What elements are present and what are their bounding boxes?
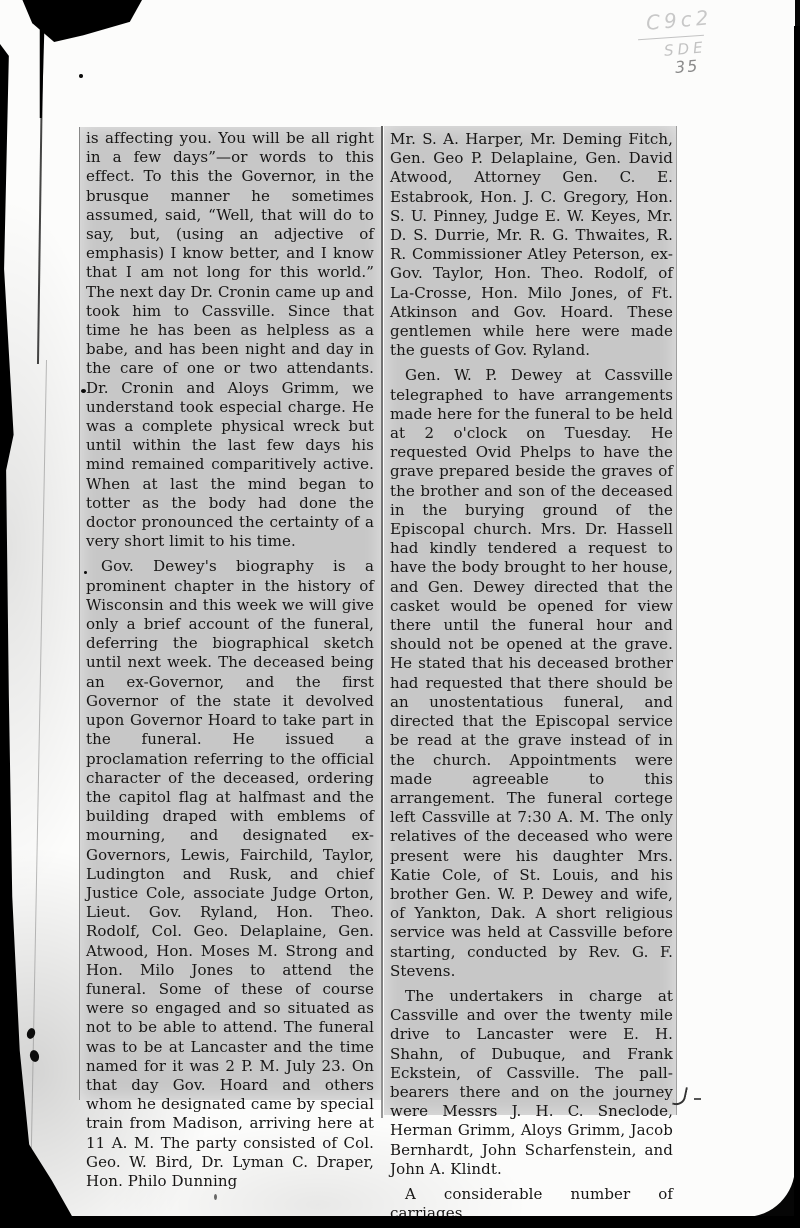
scan-edge-right bbox=[794, 26, 800, 1228]
ink-speck bbox=[214, 1194, 217, 1200]
article-paragraph: Gen. W. P. Dewey at Cassville telegraphe… bbox=[390, 366, 673, 981]
column-divider-rule bbox=[381, 126, 383, 1118]
article-column-left: is affecting you. You will be all right … bbox=[86, 129, 374, 1191]
article-paragraph: Gov. Dewey's biography is a prominent ch… bbox=[86, 557, 374, 1191]
article-paragraph: is affecting you. You will be all right … bbox=[86, 129, 374, 551]
scanned-newspaper-page: C9c2 SDE 35 is affecting you. You will b… bbox=[0, 0, 800, 1228]
handwritten-note-line3: 35 bbox=[674, 56, 700, 77]
article-paragraph: The undertakers in charge at Cassville a… bbox=[390, 987, 673, 1179]
ink-speck bbox=[81, 389, 86, 393]
article-paragraph: Mr. S. A. Harper, Mr. Deming Fitch, Gen.… bbox=[390, 130, 673, 360]
scan-edge-bottom bbox=[0, 1216, 800, 1228]
ink-speck bbox=[79, 74, 83, 78]
article-column-right: Mr. S. A. Harper, Mr. Deming Fitch, Gen.… bbox=[390, 130, 673, 1223]
ink-speck bbox=[84, 571, 87, 574]
ink-dash bbox=[694, 1098, 701, 1100]
